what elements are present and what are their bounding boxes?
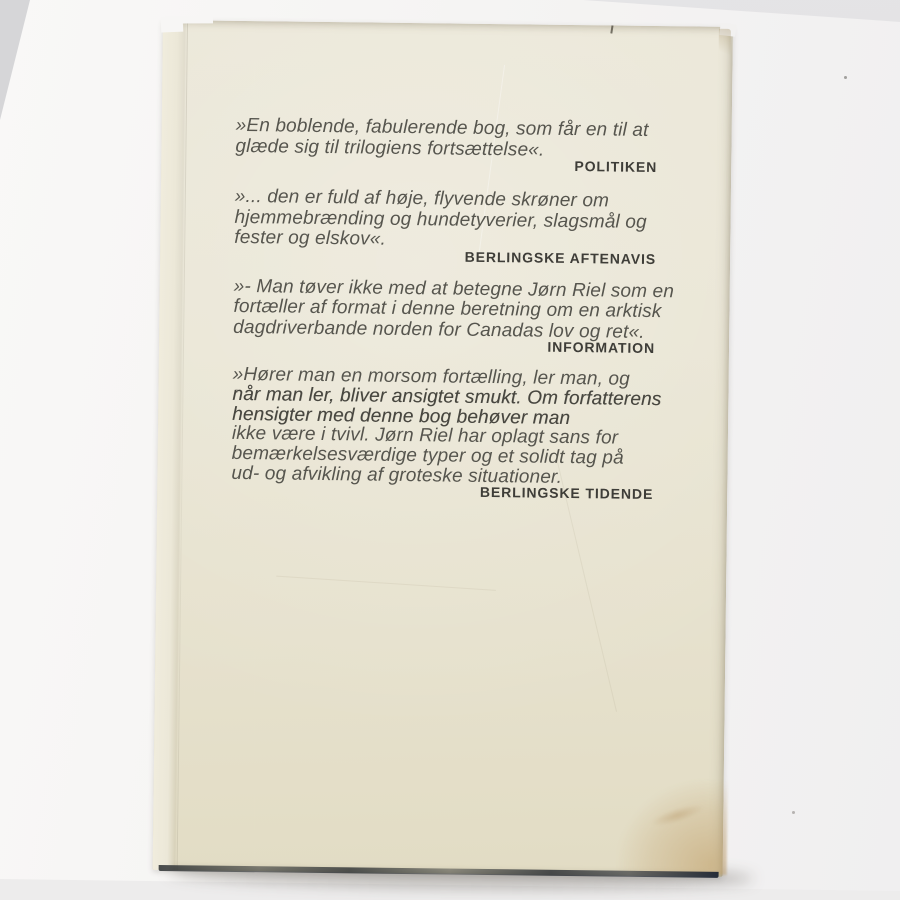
review-quote-berlingske-tidende: »Hører man en morsom fortælling, ler man… [231,365,655,502]
review-quotes-block: »En boblende, fabulerende bog, som får e… [231,116,658,502]
review-quote-information: »- Man tøver ikke med at betegne Jørn Ri… [233,276,656,356]
dust-speck [792,811,795,814]
review-quote-berlingske-aftenavis: »... den er fuld af høje, flyvende skrøn… [234,187,657,267]
review-quote-politiken: »En boblende, fabulerende bog, som får e… [235,116,658,175]
book-back-cover: »En boblende, fabulerende bog, som får e… [153,20,733,877]
paper-crease [276,576,496,591]
corner-stain [617,779,728,875]
corner-crease [719,29,731,63]
worn-corner-chip [179,16,213,23]
edge-mark [610,25,613,33]
dust-speck [844,76,847,79]
book-photo-scene: »En boblende, fabulerende bog, som får e… [0,0,900,900]
